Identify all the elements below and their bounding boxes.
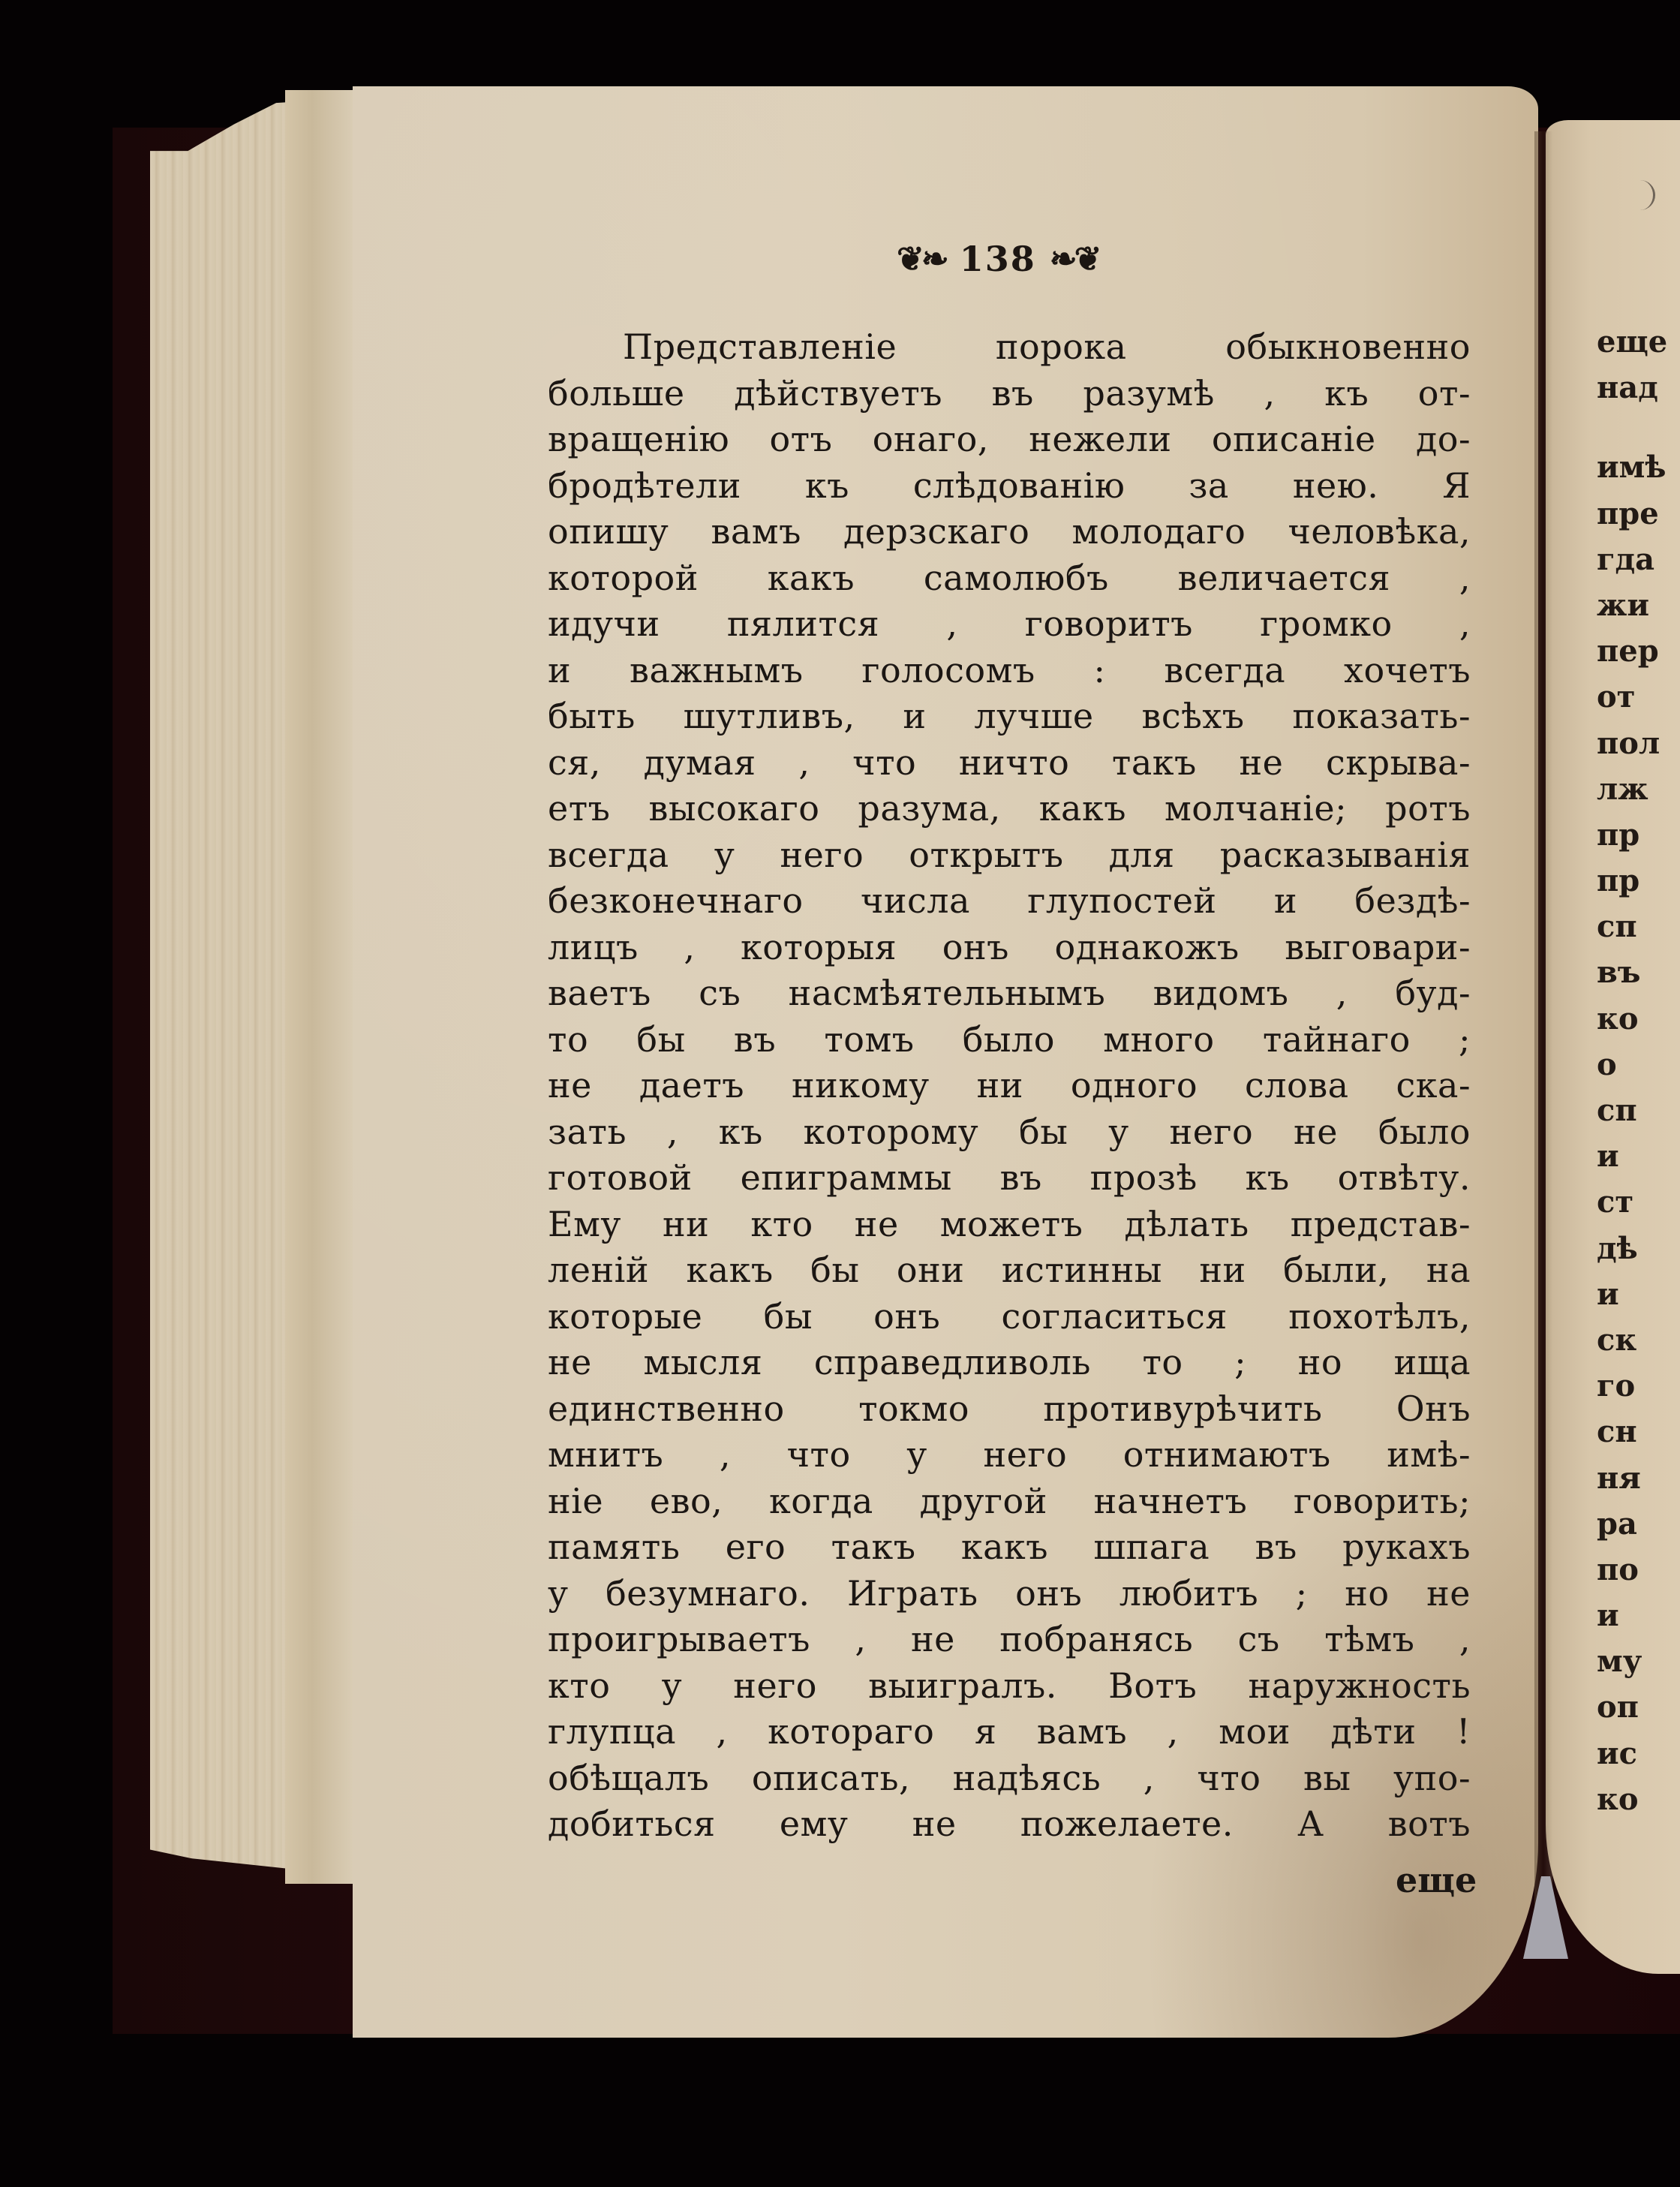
facing-line: пре — [1597, 491, 1680, 537]
facing-line: и — [1597, 1133, 1680, 1179]
text-line: опишу вамъ дерзскаго молодаго человѣка, — [548, 509, 1471, 555]
facing-line: оп — [1597, 1684, 1680, 1730]
text-line: идучи пялится , говоритъ громко , — [548, 601, 1471, 648]
text-line: то бы въ томъ было много тайнаго ; — [548, 1017, 1471, 1063]
text-line: ся, думая , что ничто такъ не скрыва- — [548, 740, 1471, 787]
ornament-left-icon: ❦❧ — [897, 240, 946, 278]
facing-line: ня — [1597, 1455, 1680, 1501]
text-line: бродѣтели къ слѣдованію за нею. Я — [548, 463, 1471, 510]
text-line: добиться ему не пожелаете. А вотъ — [548, 1801, 1471, 1848]
text-line: глупца , котораго я вамъ , мои дѣти ! — [548, 1709, 1471, 1755]
text-line: ніе ево, когда другой начнетъ говорить; — [548, 1479, 1471, 1525]
text-line: память его такъ какъ шпага въ рукахъ — [548, 1524, 1471, 1571]
text-line: единственно токмо противурѣчить Онъ — [548, 1386, 1471, 1433]
facing-line: жи — [1597, 582, 1680, 628]
facing-line: сп — [1597, 904, 1680, 949]
ornament-right-icon: ❧❦ — [1050, 240, 1099, 278]
text-line: лицъ , которыя онъ однакожъ выговари- — [548, 925, 1471, 971]
text-line: всегда у него открытъ для расказыванія — [548, 832, 1471, 879]
facing-line: ис — [1597, 1731, 1680, 1776]
facing-line: пол — [1597, 720, 1680, 766]
text-line: больше дѣйствуетъ въ разумѣ , къ от- — [548, 371, 1471, 417]
body-text: Представленіе порока обыкновенно больше … — [548, 324, 1471, 1848]
text-line: и важнымъ голосомъ : всегда хочетъ — [548, 648, 1471, 694]
facing-line: пр — [1597, 812, 1680, 858]
text-line: готовой епиграммы въ прозѣ къ отвѣту. — [548, 1155, 1471, 1202]
text-line: быть шутливъ, и лучше всѣхъ показать- — [548, 693, 1471, 740]
facing-line: и — [1597, 1593, 1680, 1638]
facing-line: ко — [1597, 996, 1680, 1042]
facing-line: пр — [1597, 858, 1680, 904]
facing-line: ст — [1597, 1179, 1680, 1225]
facing-line: еще — [1597, 319, 1680, 365]
facing-line: му — [1597, 1638, 1680, 1684]
running-header: ❦❧ 138 ❧❦ — [897, 236, 1099, 281]
book-gutter — [1534, 131, 1552, 1955]
facing-line: от — [1597, 674, 1680, 720]
text-line: мнитъ , что у него отнимаютъ имѣ- — [548, 1432, 1471, 1479]
text-line: ваетъ съ насмѣятельнымъ видомъ , буд- — [548, 970, 1471, 1017]
text-line: не даетъ никому ни одного слова ска- — [548, 1063, 1471, 1109]
facing-line: ск — [1597, 1317, 1680, 1363]
text-line: проигрываетъ , не побранясь съ тѣмъ , — [548, 1617, 1471, 1663]
text-line: у безумнаго. Играть онъ любитъ ; но не — [548, 1571, 1471, 1617]
text-line: которой какъ самолюбъ величается , — [548, 555, 1471, 602]
text-line: етъ высокаго разума, какъ молчаніе; ротъ — [548, 786, 1471, 832]
facing-line: над — [1597, 365, 1680, 411]
facing-line: сн — [1597, 1409, 1680, 1454]
text-line: которые бы онъ согласиться похотѣлъ, — [548, 1294, 1471, 1340]
page-stack-inner — [285, 90, 353, 1884]
facing-line: о — [1597, 1042, 1680, 1087]
facing-line: ра — [1597, 1501, 1680, 1547]
text-line: не мысля справедливоль то ; но ища — [548, 1340, 1471, 1386]
facing-line: дѣ — [1597, 1226, 1680, 1271]
facing-line-gap — [1597, 411, 1680, 444]
text-line: леній какъ бы они истинны ни были, на — [548, 1247, 1471, 1294]
facing-line: и — [1597, 1271, 1680, 1317]
facing-line: гда — [1597, 537, 1680, 582]
text-line: безконечнаго числа глупостей и бездѣ- — [548, 878, 1471, 925]
text-line: вращенію отъ онаго, нежели описаніе до- — [548, 417, 1471, 463]
page-number: 138 — [960, 239, 1036, 279]
text-line: обѣщалъ описать, надѣясь , что вы упо- — [548, 1755, 1471, 1802]
facing-line: го — [1597, 1363, 1680, 1409]
facing-line: по — [1597, 1547, 1680, 1593]
facing-line: въ — [1597, 949, 1680, 995]
facing-page-text: еще над имѣ пре гда жи пер от пол лж пр … — [1597, 319, 1680, 1822]
facing-line: имѣ — [1597, 444, 1680, 490]
facing-line: лж — [1597, 766, 1680, 812]
facing-line: ко — [1597, 1776, 1680, 1822]
text-line: Ему ни кто не можетъ дѣлать представ- — [548, 1202, 1471, 1248]
text-line: зать , къ которому бы у него не было — [548, 1109, 1471, 1156]
text-line: кто у него выигралъ. Вотъ наружность — [548, 1663, 1471, 1710]
text-line: Представленіе порока обыкновенно — [548, 324, 1471, 371]
facing-line: пер — [1597, 628, 1680, 674]
catchword: еще — [1396, 1860, 1477, 1900]
facing-line: сп — [1597, 1087, 1680, 1133]
